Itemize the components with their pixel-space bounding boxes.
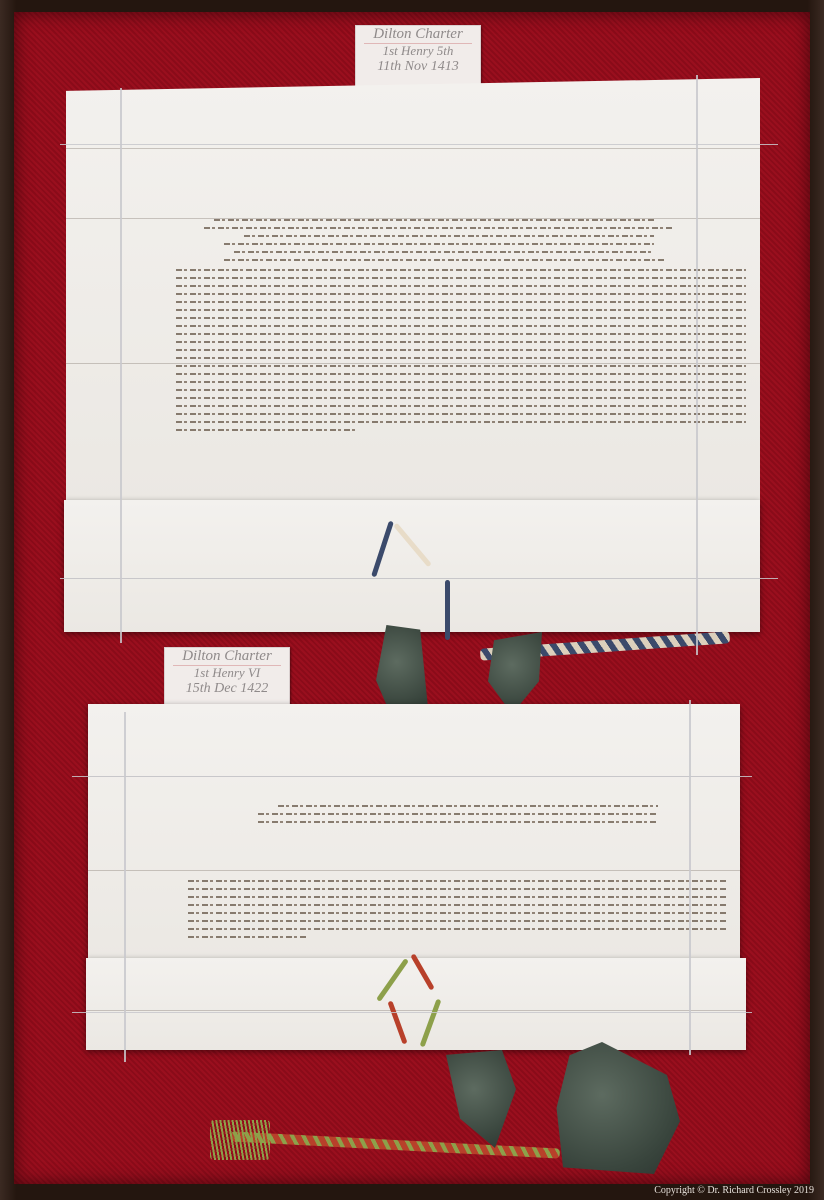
- lower-charter-document: [88, 704, 740, 966]
- upper-charter-document: [66, 78, 760, 506]
- label-reign: 1st Henry VI: [165, 666, 289, 681]
- lower-charter-label: Dilton Charter 1st Henry VI 15th Dec 142…: [164, 647, 290, 711]
- cord-tassel: [210, 1120, 270, 1160]
- mounting-wire: [120, 88, 122, 643]
- mounting-wire: [60, 144, 778, 145]
- label-date: 15th Dec 1422: [165, 681, 289, 697]
- mounting-wire: [696, 75, 698, 655]
- mounting-wire: [689, 700, 691, 1055]
- upper-charter-fold-flap: [64, 500, 760, 632]
- lower-charter-fold-flap: [86, 958, 746, 1050]
- label-title: Dilton Charter: [173, 648, 281, 666]
- lower-charter-script-body: [188, 874, 728, 944]
- copyright-notice: Copyright © Dr. Richard Crossley 2019: [654, 1185, 814, 1196]
- mounting-wire: [72, 1012, 752, 1013]
- seal-cord-blue: [445, 580, 450, 640]
- mounting-wire: [72, 776, 752, 777]
- mounting-wire: [124, 712, 126, 1062]
- label-date: 11th Nov 1413: [356, 59, 480, 75]
- mounting-wire: [60, 578, 778, 579]
- label-reign: 1st Henry 5th: [356, 44, 480, 59]
- upper-charter-script: [184, 213, 704, 267]
- label-title: Dilton Charter: [364, 26, 472, 44]
- upper-charter-script-body: [176, 263, 746, 437]
- lower-charter-script: [258, 799, 658, 829]
- upper-charter-label: Dilton Charter 1st Henry 5th 11th Nov 14…: [355, 25, 481, 89]
